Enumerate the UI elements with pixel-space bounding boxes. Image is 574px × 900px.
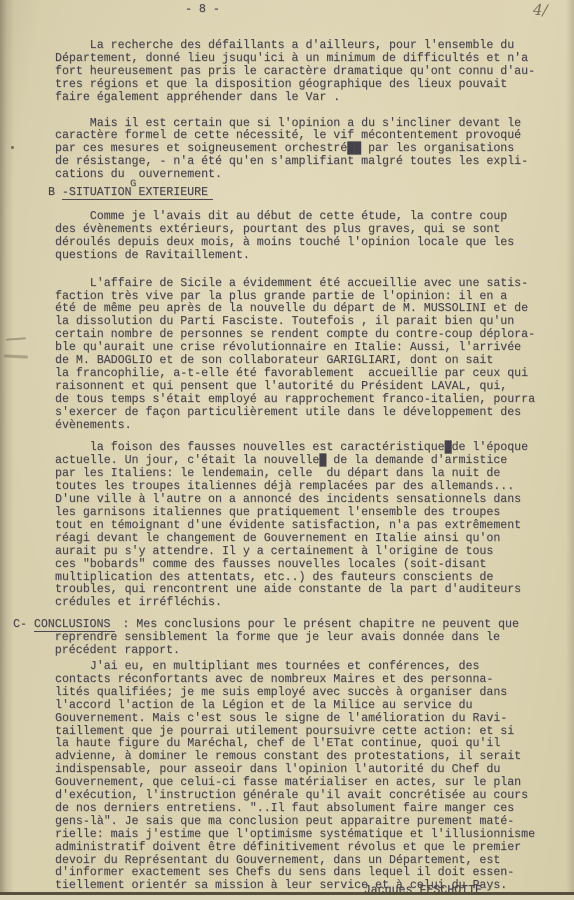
pencil-mark [4,354,28,358]
paragraph-text: Mais il est certain que si l'opinion a d… [55,117,528,182]
typescript-sheet: - 8 - 4/ La recherche des défaillants a … [0,0,574,900]
conclusions-prefix: C- [13,618,34,631]
paragraph-mecontentement: Mais il est certain que si l'opinion a d… [55,118,564,183]
paragraph-fausses-nouvelles: la foison des fausses nouvelles est cara… [55,442,564,610]
heading-prefix: B [48,186,62,199]
heading-conclusions: C- CONCLUSIONS : Mes conclusions pour le… [13,619,564,658]
pencil-corner-annotation: 4/ [533,1,548,19]
page-number: - 8 - [185,3,220,16]
paragraph-contre-coup: Comme je l'avais dit au début de cette é… [55,211,564,263]
paragraph-conclusion-finale: J'ai eu, en multipliant mes tournées et … [55,661,564,893]
paragraph-recherche-defaillants: La recherche des défaillants a d'ailleur… [55,40,564,105]
pencil-mark [6,337,26,340]
scanned-typescript-page: { "page": { "number_label": "- 8 -", "co… [0,0,574,900]
heading-title-underlined: -SITUATION EXTERIEURE [62,186,213,200]
paragraph-affaire-de-sicile: L'affaire de Sicile a évidemment été acc… [55,278,564,433]
conclusions-title-underlined: CONCLUSIONS [34,618,116,632]
heading-situation-exterieure: B -SITUATION EXTERIEURE [48,187,564,200]
margin-ink-dot [11,146,14,149]
surface-below-page [0,895,574,900]
